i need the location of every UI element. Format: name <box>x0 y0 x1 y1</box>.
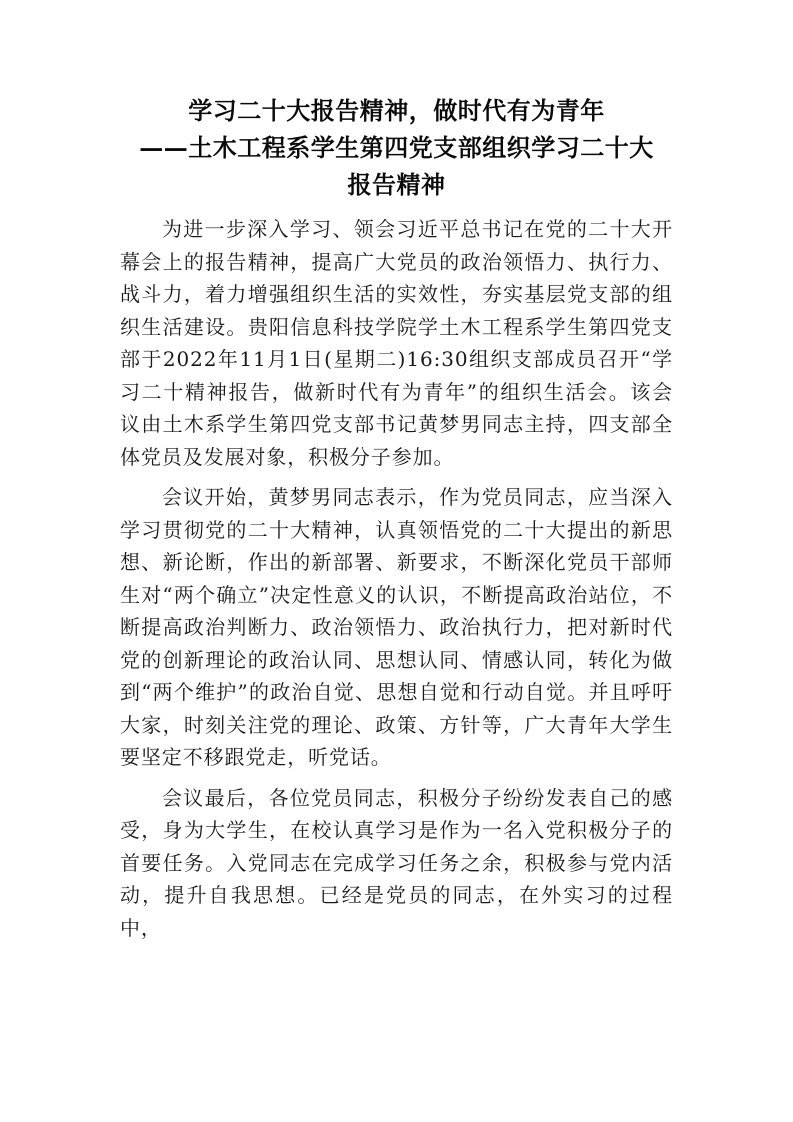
document-body: 为进一步深入学习、领会习近平总书记在党的二十大开幕会上的报告精神，提高广大党员的… <box>120 213 673 944</box>
paragraph-meeting-end: 会议最后，各位党员同志，积极分子纷纷发表自己的感受，身为大学生，在校认真学习是作… <box>120 782 673 945</box>
paragraph-meeting-start: 会议开始，黄梦男同志表示，作为党员同志，应当深入学习贯彻党的二十大精神，认真领悟… <box>120 481 673 774</box>
paragraph-intro: 为进一步深入学习、领会习近平总书记在党的二十大开幕会上的报告精神，提高广大党员的… <box>120 213 673 473</box>
document-title: 学习二十大报告精神，做时代有为青年 ——土木工程系学生第四党支部组织学习二十大 … <box>120 92 673 203</box>
title-line-main: 学习二十大报告精神，做时代有为青年 <box>100 92 693 129</box>
title-line-subtitle: ——土木工程系学生第四党支部组织学习二十大 <box>100 129 693 166</box>
title-line-subtitle-continued: 报告精神 <box>100 166 693 203</box>
document-page: 学习二十大报告精神，做时代有为青年 ——土木工程系学生第四党支部组织学习二十大 … <box>120 92 673 952</box>
